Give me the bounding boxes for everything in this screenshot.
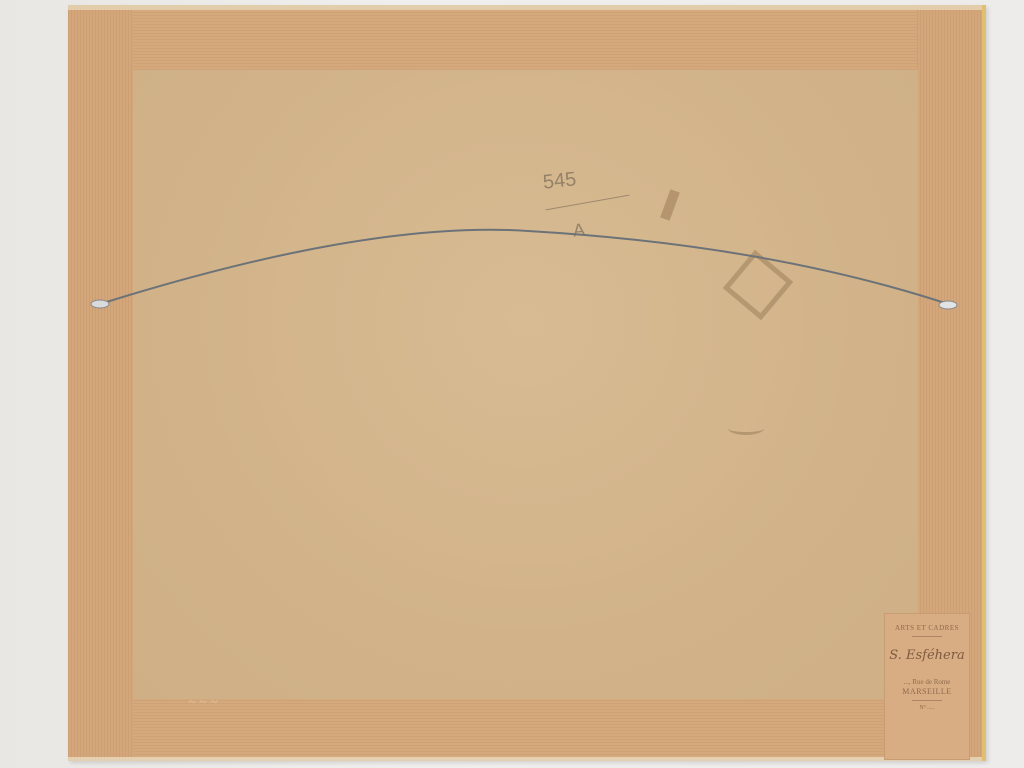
- smudge-mark: [728, 422, 764, 435]
- picture-frame-back: 545 A ~ ~ ~ ARTS ET CADRES S. Esféhera .…: [68, 5, 986, 761]
- worn-bottom-edge: [68, 757, 982, 761]
- framer-brand: ARTS ET CADRES: [885, 624, 969, 632]
- backing-board: 545 A: [133, 70, 918, 699]
- framer-label: ARTS ET CADRES S. Esféhera ..., Rue de R…: [884, 613, 970, 760]
- framer-ref: Nº .....: [885, 705, 969, 712]
- bottom-tape-scribble: ~ ~ ~: [188, 695, 218, 711]
- framer-address: ..., Rue de Rome: [885, 678, 969, 686]
- pencil-code: A: [572, 219, 586, 241]
- pencil-underline: [546, 195, 630, 211]
- pencil-number: 545: [542, 168, 578, 194]
- tape-residue-mark: [723, 250, 793, 320]
- framer-signature: S. Esféhera: [885, 649, 969, 662]
- label-rule: [912, 636, 942, 637]
- tape-top: [68, 5, 982, 70]
- label-rule: [912, 700, 942, 701]
- tape-left: [68, 5, 133, 761]
- worn-top-edge: [68, 5, 982, 10]
- framer-city: MARSEILLE: [885, 687, 969, 697]
- stain-mark: [660, 189, 680, 221]
